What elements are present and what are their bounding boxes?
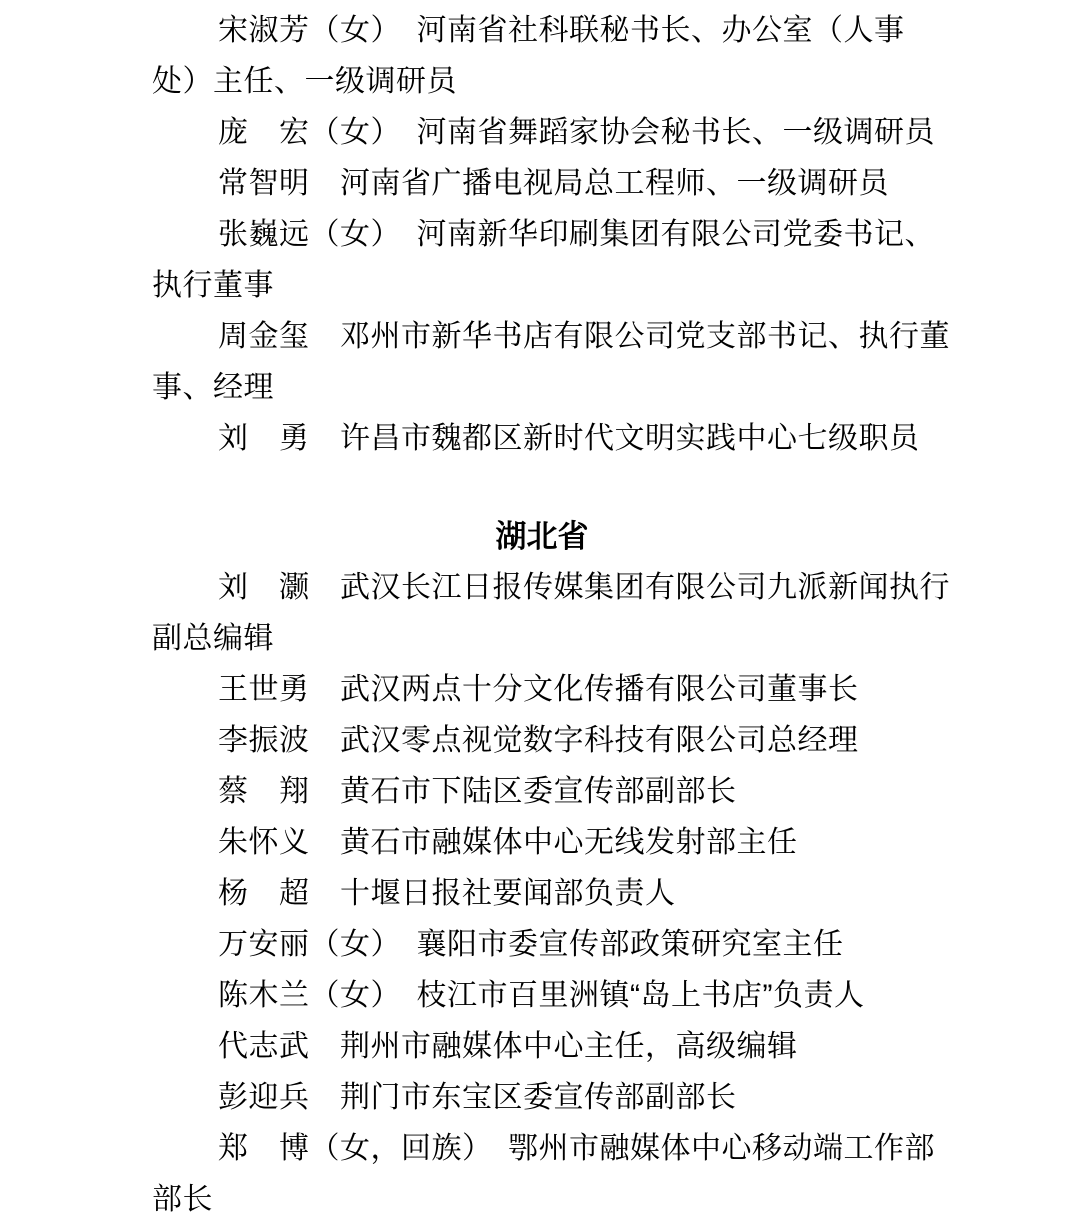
entry-first-line: 李振波 武汉零点视觉数字科技有限公司总经理: [152, 715, 932, 766]
entry-first-line: 蔡 翔 黄石市下陆区委宣传部副部长: [152, 766, 932, 817]
entry-first-line: 杨 超 十堰日报社要闻部负责人: [152, 868, 932, 919]
entry-wrap-line: 处）主任、一级调研员: [152, 56, 932, 107]
text-block: 宋淑芳（女） 河南省社科联秘书长、办公室（人事处）主任、一级调研员庞 宏（女） …: [0, 0, 1080, 1225]
entry-first-line: 刘 勇 许昌市魏都区新时代文明实践中心七级职员: [152, 413, 932, 464]
entry-wrap-line: 副总编辑: [152, 613, 932, 664]
document-page: 宋淑芳（女） 河南省社科联秘书长、办公室（人事处）主任、一级调研员庞 宏（女） …: [0, 0, 1080, 1232]
entry-first-line: 宋淑芳（女） 河南省社科联秘书长、办公室（人事: [152, 5, 932, 56]
entry-wrap-line: 部长: [152, 1174, 932, 1225]
section-henan-continuation: 宋淑芳（女） 河南省社科联秘书长、办公室（人事处）主任、一级调研员庞 宏（女） …: [152, 5, 932, 464]
entry-first-line: 张巍远（女） 河南新华印刷集团有限公司党委书记、: [152, 209, 932, 260]
entry-first-line: 庞 宏（女） 河南省舞蹈家协会秘书长、一级调研员: [152, 107, 932, 158]
entry-first-line: 朱怀义 黄石市融媒体中心无线发射部主任: [152, 817, 932, 868]
entry-wrap-line: 执行董事: [152, 260, 932, 311]
entry-first-line: 彭迎兵 荆门市东宝区委宣传部副部长: [152, 1072, 932, 1123]
entry-first-line: 万安丽（女） 襄阳市委宣传部政策研究室主任: [152, 919, 932, 970]
entry-first-line: 郑 博（女，回族） 鄂州市融媒体中心移动端工作部: [152, 1123, 932, 1174]
section-hubei: 湖北省刘 灏 武汉长江日报传媒集团有限公司九派新闻执行副总编辑王世勇 武汉两点十…: [152, 511, 932, 1225]
entry-first-line: 周金玺 邓州市新华书店有限公司党支部书记、执行董: [152, 311, 932, 362]
entry-first-line: 代志武 荆州市融媒体中心主任，高级编辑: [152, 1021, 932, 1072]
entry-first-line: 刘 灏 武汉长江日报传媒集团有限公司九派新闻执行: [152, 562, 932, 613]
section-heading-hubei: 湖北省: [152, 511, 932, 562]
entry-first-line: 常智明 河南省广播电视局总工程师、一级调研员: [152, 158, 932, 209]
entry-first-line: 陈木兰（女） 枝江市百里洲镇“岛上书店”负责人: [152, 970, 932, 1021]
entry-first-line: 王世勇 武汉两点十分文化传播有限公司董事长: [152, 664, 932, 715]
entry-wrap-line: 事、经理: [152, 362, 932, 413]
